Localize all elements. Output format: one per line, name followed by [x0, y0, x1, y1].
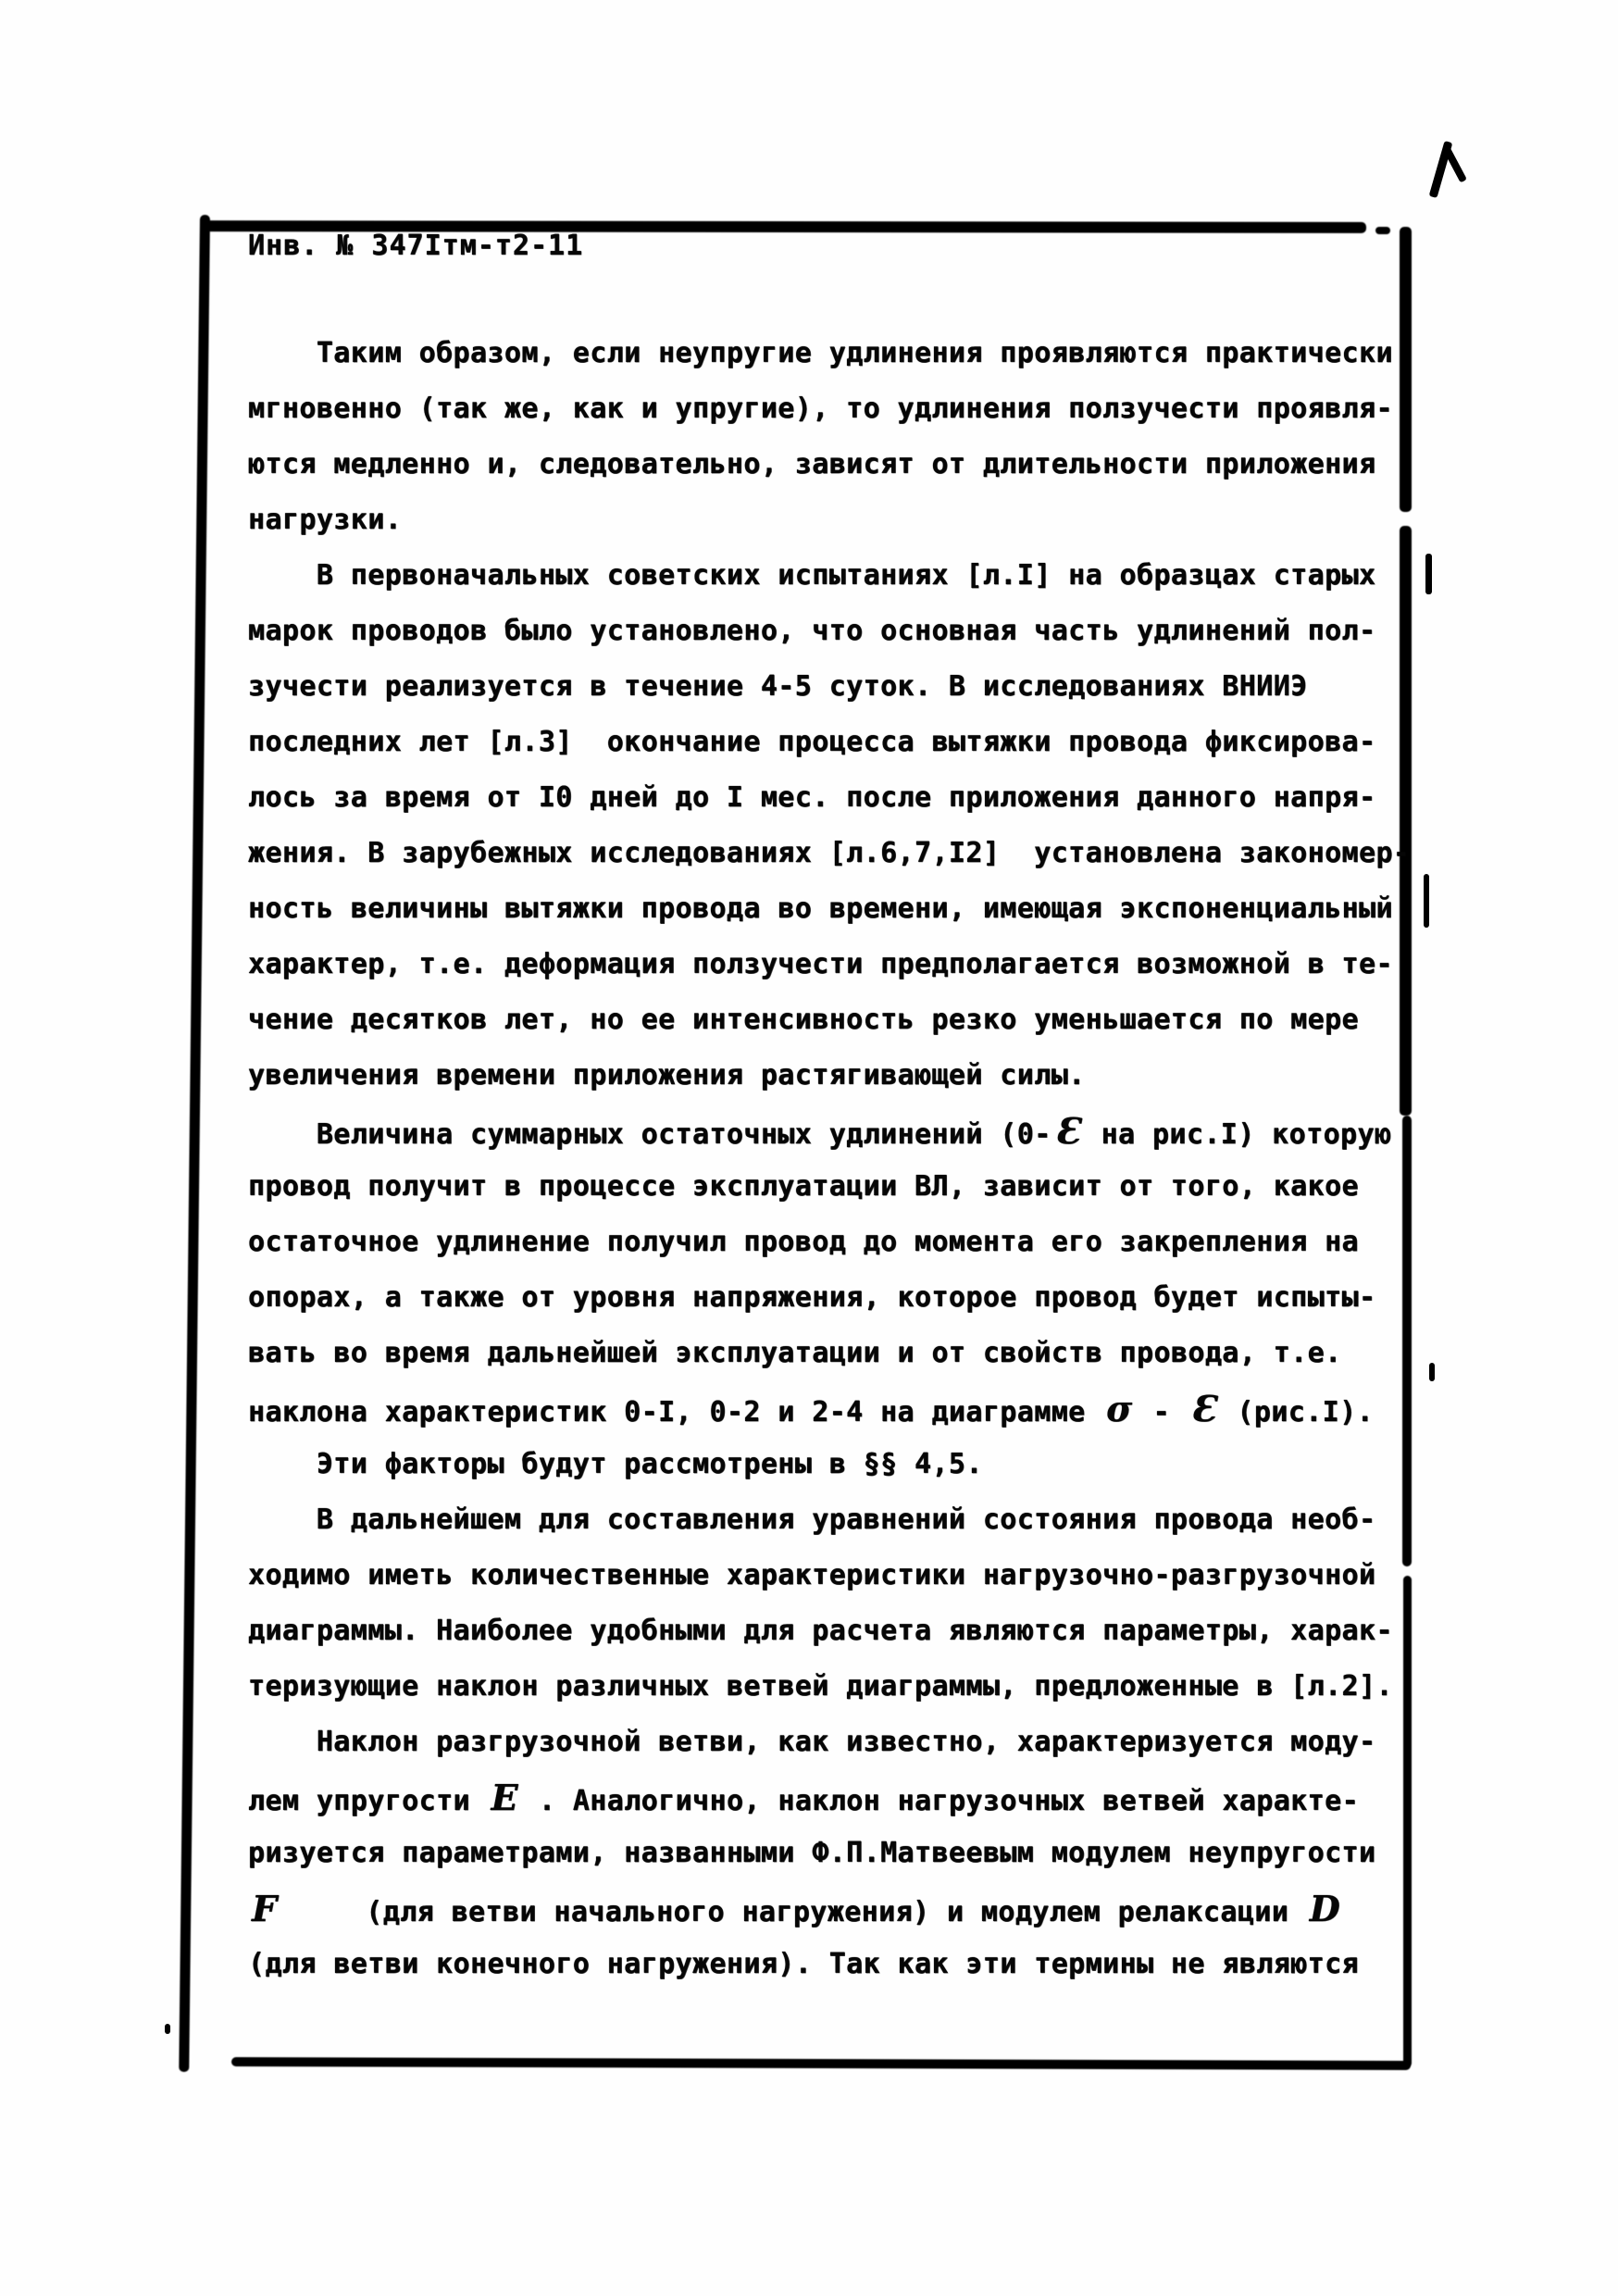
- handwritten-epsilon-symbol: Ɛ: [1052, 1110, 1084, 1152]
- document-body: Таким образом, если неупругие удлинения …: [248, 326, 1609, 1992]
- text-line: зучести реализуется в течение 4-5 суток.…: [248, 659, 1609, 715]
- text-run: диаграммы. Наиболее удобными для расчета…: [248, 1615, 1393, 1647]
- text-line: опорах, а также от уровня напряжения, ко…: [248, 1270, 1609, 1326]
- handwritten-epsilon-symbol: Ɛ: [1188, 1388, 1220, 1429]
- text-line: Наклон разгрузочной ветви, как известно,…: [248, 1715, 1609, 1770]
- text-run: чение десятков лет, но ее интенсивность …: [248, 1004, 1359, 1036]
- text-line: Величина суммарных остаточных удлинений …: [248, 1104, 1609, 1159]
- text-run: Таким образом, если неупругие удлинения …: [248, 337, 1393, 369]
- text-line: нагрузки.: [248, 493, 1609, 548]
- text-run: Наклон разгрузочной ветви, как известно,…: [248, 1726, 1375, 1758]
- text-run: (для ветви конечного нагружения). Так ка…: [248, 1948, 1359, 1980]
- text-line: (для ветви конечного нагружения). Так ка…: [248, 1937, 1609, 1992]
- text-line: чение десятков лет, но ее интенсивность …: [248, 992, 1609, 1048]
- text-line: жения. В зарубежных исследованиях [л.6,7…: [248, 826, 1609, 881]
- text-run: на рис.I) которую: [1084, 1118, 1391, 1151]
- text-line: ризуется параметрами, названными Ф.П.Мат…: [248, 1826, 1609, 1881]
- handwritten-sigma-symbol: σ: [1102, 1388, 1136, 1429]
- text-run: ризуется параметрами, названными Ф.П.Мат…: [248, 1837, 1375, 1869]
- text-line: Эти факторы будут рассмотрены в §§ 4,5.: [248, 1437, 1609, 1492]
- text-run: (для ветви начального нагружения) и моду…: [280, 1896, 1306, 1928]
- scan-artifact: [1443, 146, 1467, 182]
- text-run: В первоначальных советских испытаниях [л…: [248, 559, 1375, 592]
- frame-bottom-line: [231, 2057, 1411, 2070]
- handwritten-relaxation-modulus-D: D: [1306, 1888, 1344, 1929]
- text-line: вать во время дальнейшей эксплуатации и …: [248, 1326, 1609, 1381]
- text-run: характер, т.е. деформация ползучести пре…: [248, 948, 1393, 980]
- text-run: нагрузки.: [248, 504, 402, 536]
- text-line: ются медленно и, следовательно, зависят …: [248, 437, 1609, 493]
- text-run: зучести реализуется в течение 4-5 суток.…: [248, 670, 1308, 703]
- text-run: вать во время дальнейшей эксплуатации и …: [248, 1337, 1342, 1369]
- text-run: Эти факторы будут рассмотрены в §§ 4,5.: [248, 1448, 983, 1480]
- text-run: ность величины вытяжки провода во времен…: [248, 892, 1393, 925]
- text-line: остаточное удлинение получил провод до м…: [248, 1215, 1609, 1270]
- inventory-number-stamp: Инв. № 347Iтм-т2-11: [248, 230, 583, 262]
- text-line: провод получит в процессе эксплуатации В…: [248, 1159, 1609, 1215]
- text-line: теризующие наклон различных ветвей диагр…: [248, 1659, 1609, 1715]
- text-line: лось за время от I0 дней до I мес. после…: [248, 770, 1609, 826]
- frame-top-dash: [1375, 227, 1390, 234]
- text-line: наклона характеристик 0-I, 0-2 и 2-4 на …: [248, 1381, 1609, 1437]
- text-line: мгновенно (так же, как и упругие), то уд…: [248, 381, 1609, 437]
- text-line: лем упругости E . Аналогично, наклон наг…: [248, 1770, 1609, 1826]
- text-line: ходимо иметь количественные характеристи…: [248, 1548, 1609, 1603]
- text-run: провод получит в процессе эксплуатации В…: [248, 1170, 1359, 1203]
- text-run: марок проводов было установлено, что осн…: [248, 615, 1375, 647]
- text-line: марок проводов было установлено, что осн…: [248, 604, 1609, 659]
- text-line: ность величины вытяжки провода во времен…: [248, 881, 1609, 937]
- text-run: остаточное удлинение получил провод до м…: [248, 1226, 1359, 1258]
- text-line: F (для ветви начального нагружения) и мо…: [248, 1881, 1609, 1937]
- text-run: увеличения времени приложения растягиваю…: [248, 1059, 1086, 1092]
- text-line: характер, т.е. деформация ползучести пре…: [248, 937, 1609, 992]
- frame-left-line: [179, 215, 210, 2072]
- text-run: Величина суммарных остаточных удлинений …: [248, 1118, 1052, 1151]
- text-run: мгновенно (так же, как и упругие), то уд…: [248, 393, 1393, 425]
- text-run: лем упругости: [248, 1785, 487, 1817]
- text-run: лось за время от I0 дней до I мес. после…: [248, 781, 1375, 814]
- text-line: В дальнейшем для составления уравнений с…: [248, 1492, 1609, 1548]
- text-run: . Аналогично, наклон нагрузочных ветвей …: [521, 1785, 1359, 1817]
- scan-artifact: [165, 2024, 170, 2034]
- text-line: диаграммы. Наиболее удобными для расчета…: [248, 1603, 1609, 1659]
- text-run: В дальнейшем для составления уравнений с…: [248, 1504, 1375, 1536]
- text-line: В первоначальных советских испытаниях [л…: [248, 548, 1609, 604]
- text-run: последних лет [л.3] окончание процесса в…: [248, 726, 1375, 758]
- text-run: ются медленно и, следовательно, зависят …: [248, 448, 1375, 480]
- text-line: увеличения времени приложения растягиваю…: [248, 1048, 1609, 1104]
- text-line: последних лет [л.3] окончание процесса в…: [248, 715, 1609, 770]
- text-run: -: [1136, 1396, 1187, 1429]
- text-run: наклона характеристик 0-I, 0-2 и 2-4 на …: [248, 1396, 1102, 1429]
- scanned-page: Инв. № 347Iтм-т2-11 Таким образом, если …: [0, 0, 1618, 2296]
- text-run: ходимо иметь количественные характеристи…: [248, 1559, 1375, 1591]
- text-run: (рис.I).: [1220, 1396, 1374, 1429]
- text-line: Таким образом, если неупругие удлинения …: [248, 326, 1609, 381]
- handwritten-elastic-modulus-E: E: [487, 1777, 521, 1818]
- text-run: жения. В зарубежных исследованиях [л.6,7…: [248, 837, 1410, 869]
- text-run: теризующие наклон различных ветвей диагр…: [248, 1670, 1393, 1703]
- handwritten-inelasticity-modulus-F: F: [248, 1888, 280, 1929]
- text-run: опорах, а также от уровня напряжения, ко…: [248, 1281, 1375, 1314]
